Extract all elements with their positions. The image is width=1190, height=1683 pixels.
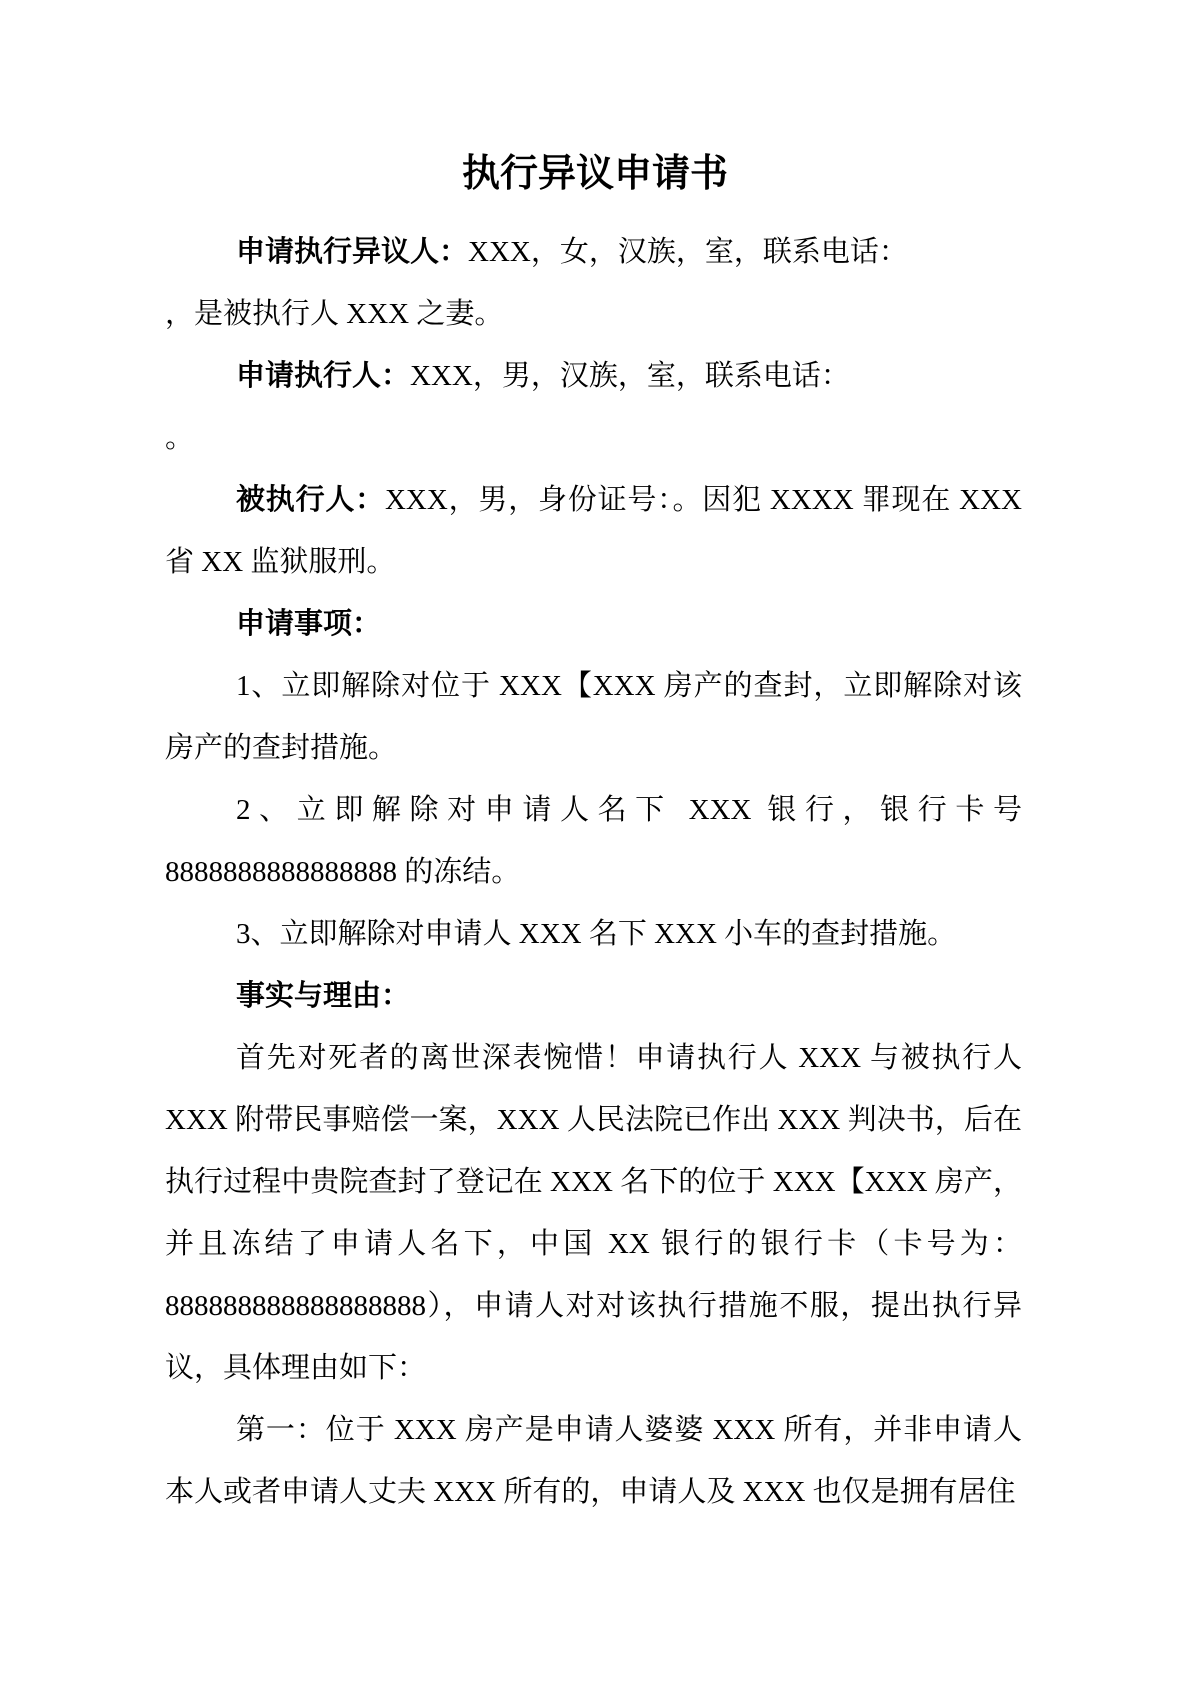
request-items-heading: 申请事项： — [165, 593, 1022, 655]
paragraph-respondent: 被执行人：XXX，男，身份证号：。因犯 XXXX 罪现在 XXX 省 XX 监狱… — [165, 469, 1022, 593]
objection-applicant-label: 申请执行异议人： — [236, 236, 468, 268]
respondent-label: 被执行人： — [236, 484, 385, 516]
document-title: 执行异议申请书 — [0, 148, 1190, 200]
request-item-2: 2、立即解除对申请人名下 XXX 银行，银行卡号 888888888888888… — [165, 779, 1022, 903]
paragraph-facts: 首先对死者的离世深表惋惜！申请执行人 XXX 与被执行人 XXX 附带民事赔偿一… — [165, 1027, 1022, 1399]
execution-applicant-details-cont: 。 — [165, 422, 194, 454]
facts-reasons-heading: 事实与理由： — [165, 965, 1022, 1027]
execution-applicant-details: XXX，男，汉族，室，联系电话： — [410, 360, 850, 392]
paragraph-execution-applicant: 申请执行人：XXX，男，汉族，室，联系电话：。 — [165, 345, 1022, 469]
execution-applicant-label: 申请执行人： — [236, 360, 410, 392]
document-body: 申请执行异议人：XXX，女，汉族，室，联系电话：，是被执行人 XXX 之妻。 申… — [0, 221, 1190, 1523]
objection-applicant-details-cont: ，是被执行人 XXX 之妻。 — [165, 298, 503, 330]
paragraph-reason-first: 第一：位于 XXX 房产是申请人婆婆 XXX 所有，并非申请人本人或者申请人丈夫… — [165, 1399, 1022, 1523]
paragraph-objection-applicant: 申请执行异议人：XXX，女，汉族，室，联系电话：，是被执行人 XXX 之妻。 — [165, 221, 1022, 345]
objection-applicant-details: XXX，女，汉族，室，联系电话： — [468, 236, 908, 268]
request-item-3: 3、立即解除对申请人 XXX 名下 XXX 小车的查封措施。 — [165, 903, 1022, 965]
request-item-1: 1、立即解除对位于 XXX【XXX 房产的查封，立即解除对该房产的查封措施。 — [165, 655, 1022, 779]
document-page: 执行异议申请书 申请执行异议人：XXX，女，汉族，室，联系电话：，是被执行人 X… — [0, 0, 1190, 1683]
